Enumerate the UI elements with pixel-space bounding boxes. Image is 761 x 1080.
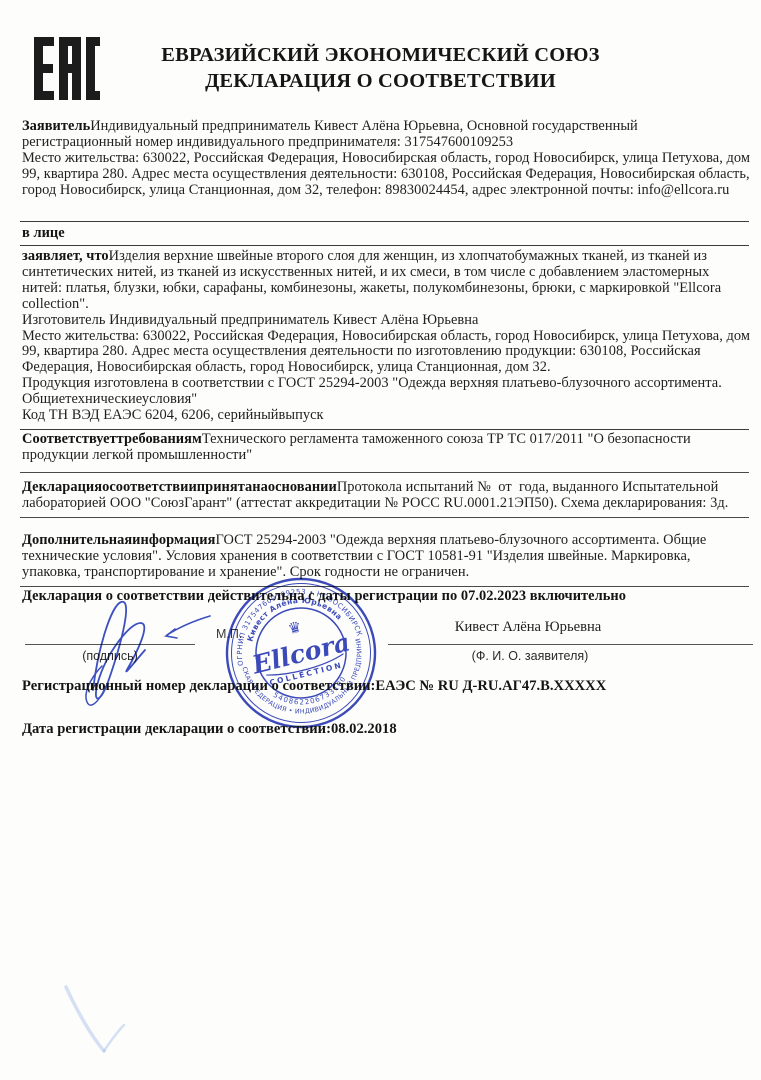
title-union: ЕВРАЗИЙСКИЙ ЭКОНОМИЧЕСКИЙ СОЮЗ	[0, 42, 761, 68]
registration-date-value: 08.02.2018	[331, 721, 397, 737]
registration-number-value: ЕАЭС № RU Д-RU.АГ47.В.XXXXX	[375, 678, 606, 694]
declares-label: заявляет, что	[22, 248, 109, 264]
title-declaration: ДЕКЛАРАЦИЯ О СООТВЕТСТВИИ	[0, 68, 761, 94]
applicant-fio: Кивест Алёна Юрьевна	[388, 619, 668, 636]
registration-number-label: Регистрационный номер декларации о соотв…	[22, 678, 375, 694]
scan-ink-smudge	[56, 985, 136, 1080]
registration-date-label: Дата регистрации декларации о соответств…	[22, 721, 331, 737]
section-basis: Декларацияосоответствиипринятанаосновани…	[22, 480, 750, 512]
divider	[20, 472, 749, 473]
registration-number-line: Регистрационный номер декларации о соотв…	[22, 678, 750, 695]
in-person-label: в лице	[22, 225, 65, 241]
registration-date-line: Дата регистрации декларации о соответств…	[22, 721, 750, 738]
stamp-crown-icon: ♛	[286, 617, 303, 638]
additional-label: Дополнительнаяинформация	[22, 532, 215, 548]
divider	[20, 429, 749, 430]
divider	[20, 586, 749, 587]
divider	[20, 221, 749, 222]
fio-line	[388, 644, 753, 645]
divider	[20, 245, 749, 246]
handwritten-signature	[48, 590, 228, 715]
section-in-person: в лице	[22, 226, 750, 242]
section-compliance: СоответствуеттребованиямТехнического рег…	[22, 432, 750, 464]
applicant-label: Заявитель	[22, 118, 90, 134]
compliance-label: Соответствуеттребованиям	[22, 431, 202, 447]
applicant-text: Индивидуальный предприниматель Кивест Ал…	[22, 118, 754, 198]
fio-caption: (Ф. И. О. заявителя)	[400, 649, 660, 663]
ellcora-stamp: • ОГРНИП 317547600109253 • НОВОСИБИРСК •…	[224, 576, 378, 730]
section-applicant: ЗаявительИндивидуальный предприниматель …	[22, 119, 750, 199]
section-additional: ДополнительнаяинформацияГОСТ 25294-2003 …	[22, 533, 750, 581]
document-title: ЕВРАЗИЙСКИЙ ЭКОНОМИЧЕСКИЙ СОЮЗ ДЕКЛАРАЦИ…	[0, 42, 761, 94]
divider	[20, 517, 749, 518]
declaration-document: ЕВРАЗИЙСКИЙ ЭКОНОМИЧЕСКИЙ СОЮЗ ДЕКЛАРАЦИ…	[0, 0, 761, 1080]
declares-text: Изделия верхние швейные второго слоя для…	[22, 248, 754, 423]
basis-label: Декларацияосоответствиипринятанаосновани…	[22, 479, 337, 495]
section-declares: заявляет, чтоИзделия верхние швейные вто…	[22, 249, 750, 424]
